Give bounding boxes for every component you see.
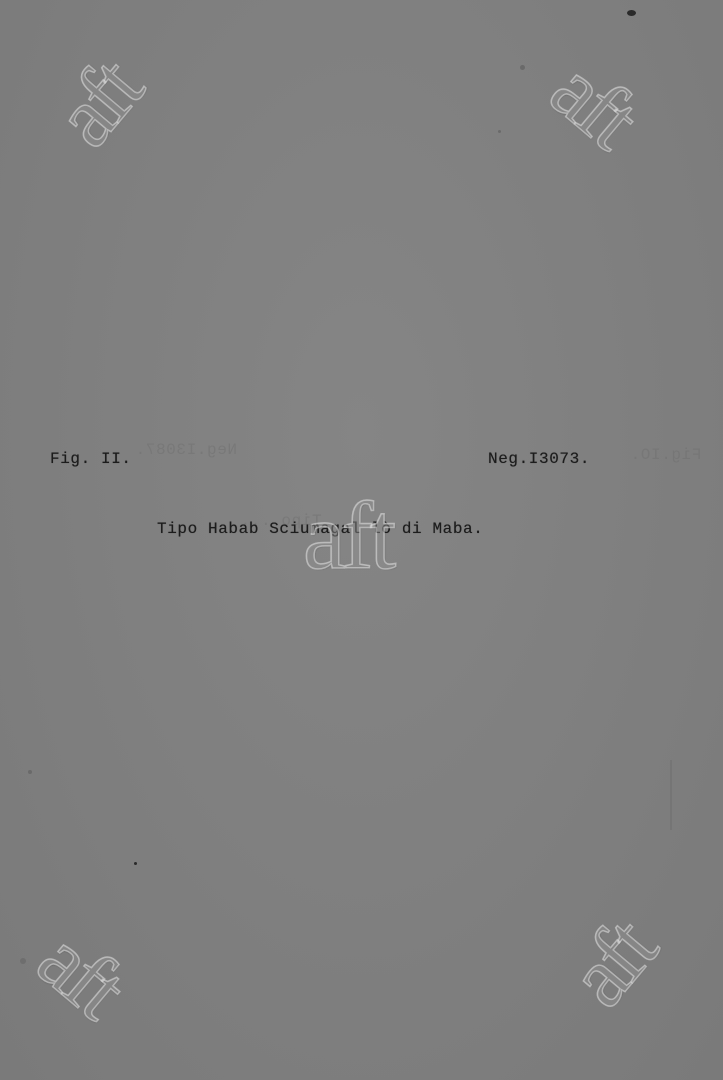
dust-speck — [134, 862, 137, 865]
watermark-bottom-left: aft — [24, 915, 140, 1031]
dust-speck — [627, 10, 636, 16]
bleed-through-negative-number: Neg.I3087. — [135, 441, 237, 459]
scan-scratch — [670, 760, 672, 830]
bleed-through-figure-label: Fig.IO. — [630, 446, 701, 464]
dust-speck — [498, 130, 501, 133]
watermark-bottom-right: aft — [553, 905, 669, 1021]
dust-speck — [520, 65, 525, 70]
watermark-top-left: aft — [39, 45, 155, 161]
dust-speck — [20, 958, 26, 964]
figure-label: Fig. II. — [50, 450, 132, 468]
caption: Tipo Habab Sciumagal lò di Maba. — [157, 520, 483, 538]
dust-speck — [28, 770, 32, 774]
watermark-top-right: aft — [537, 45, 653, 161]
negative-number: Neg.I3073. — [488, 450, 590, 468]
archival-card: Neg.I3087. Fig.IO. Tipo ... Fig. II. Neg… — [0, 0, 723, 1080]
